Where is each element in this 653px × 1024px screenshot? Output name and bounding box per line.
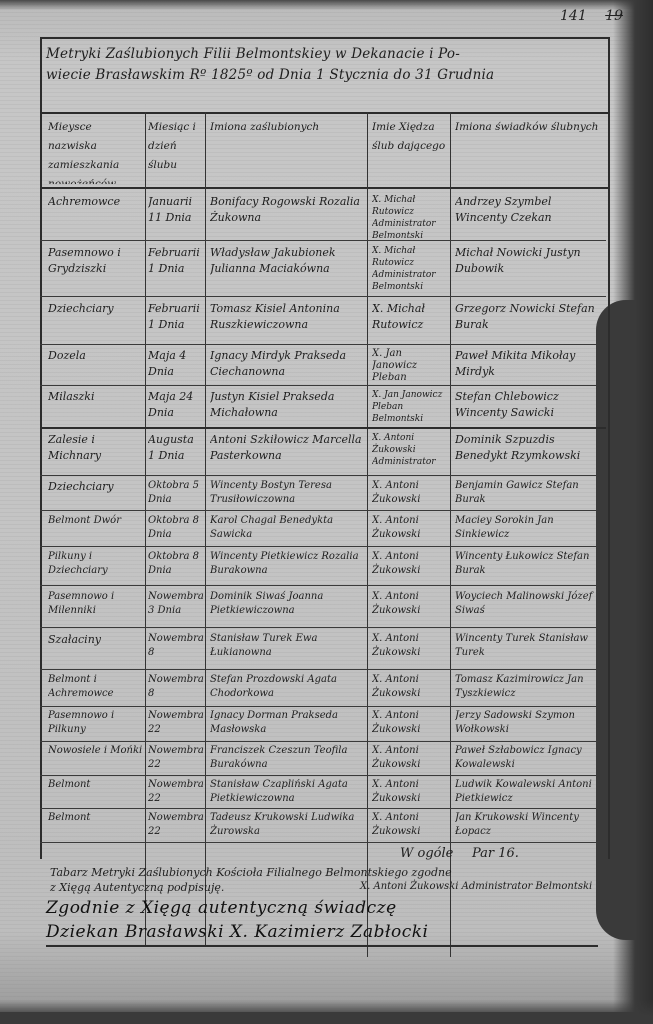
column-header-couple: Imiona zaślubionych (210, 118, 364, 184)
attestation-line-3: X. Antoni Żukowski Administrator Belmont… (360, 881, 600, 892)
row-couple: Antoni Szkiłowicz Marcella Pasterkowna (210, 432, 365, 472)
row-date: Oktobra 8 Dnia (148, 550, 204, 584)
row-couple: Justyn Kisiel Prakseda Michałowna (210, 389, 365, 425)
row-divider (40, 427, 606, 429)
scan-top-edge (0, 0, 653, 10)
row-place: Pasemnowo i Milenniki (48, 590, 143, 626)
row-couple: Dominik Siwaś Joanna Pietkiewiczowna (210, 590, 365, 626)
summary-label: W ogóle (400, 846, 453, 861)
folio-old: 19 (605, 8, 623, 24)
row-couple: Ignacy Mirdyk Prakseda Ciechanowna (210, 348, 365, 383)
row-place: Dziechciary (48, 479, 143, 509)
row-place: Szałaciny (48, 632, 143, 668)
row-divider (40, 741, 606, 742)
certification-line-1: Zgodnie z Xięgą autentyczną świadczę (46, 898, 397, 918)
row-date: Nowembra 22 (148, 709, 204, 740)
row-priest: X. Michał Rutowicz Administrator Belmont… (372, 245, 449, 293)
row-witnesses: Paweł Mikita Mikołay Mirdyk (455, 348, 600, 383)
row-date: Februarii 1 Dnia (148, 245, 204, 293)
row-priest: X. Antoni Żukowski (372, 673, 449, 705)
row-date: Oktobra 8 Dnia (148, 514, 204, 545)
row-divider (40, 585, 606, 586)
row-priest: X. Antoni Żukowski Administrator (372, 432, 449, 472)
row-divider (40, 296, 606, 297)
row-place: Belmont Dwór (48, 514, 143, 545)
row-divider (40, 808, 606, 809)
row-place: Dziechciary (48, 301, 143, 341)
row-divider (40, 627, 606, 628)
row-divider (40, 510, 606, 511)
column-header-date: Miesiąc i dzień ślubu (148, 118, 203, 184)
scan-right-border (613, 0, 653, 1024)
row-couple: Stanisław Czapliński Agata Pietkiewiczow… (210, 778, 365, 807)
row-place: Zalesie i Michnary (48, 432, 143, 472)
row-date: Augusta 1 Dnia (148, 432, 204, 472)
header-divider (40, 187, 608, 189)
scan-bottom-edge (0, 1000, 653, 1024)
title-line-1: Metryki Zaślubionych Filii Belmontskiey … (46, 44, 602, 65)
row-place: Achremowce (48, 194, 143, 238)
row-witnesses: Paweł Szłabowicz Ignacy Kowalewski (455, 744, 600, 774)
row-witnesses: Andrzey Szymbel Wincenty Czekan (455, 194, 600, 238)
row-divider (40, 706, 606, 707)
row-date: Nowembra 3 Dnia (148, 590, 204, 626)
row-couple: Władysław Jakubionek Julianna Maciakówna (210, 245, 365, 293)
row-place: Pasemnowo i Pilkuny (48, 709, 143, 740)
row-place: Nowosiele i Mońki (48, 744, 143, 774)
row-divider (40, 344, 606, 345)
row-witnesses: Grzegorz Nowicki Stefan Burak (455, 301, 600, 341)
row-divider (40, 669, 606, 670)
row-priest: X. Jan Janowicz Pleban Belmontski (372, 389, 449, 425)
row-couple: Karol Chagal Benedykta Sawicka (210, 514, 365, 545)
row-witnesses: Tomasz Kazimirowicz Jan Tyszkiewicz (455, 673, 600, 705)
row-date: Maja 4 Dnia (148, 348, 204, 383)
row-divider (40, 240, 606, 241)
row-witnesses: Wincenty Łukowicz Stefan Burak (455, 550, 600, 584)
row-priest: X. Jan Janowicz Pleban (372, 348, 449, 383)
column-header-priest: Imie Xiędza ślub dającego (372, 118, 448, 184)
row-divider (40, 842, 606, 843)
row-couple: Stanisław Turek Ewa Łukianowna (210, 632, 365, 668)
row-couple: Wincenty Pietkiewicz Rozalia Burakowna (210, 550, 365, 584)
row-couple: Franciszek Czeszun Teofila Burakówna (210, 744, 365, 774)
summary-value: Par 16. (472, 846, 519, 861)
row-date: Februarii 1 Dnia (148, 301, 204, 341)
attestation-line-2: z Xięgą Autentyczną podpisuję. (50, 881, 350, 894)
row-place: Pilkuny i Dziechciary (48, 550, 143, 584)
row-witnesses: Woyciech Malinowski Józef Siwaś (455, 590, 600, 626)
row-priest: X. Antoni Żukowski (372, 479, 449, 509)
row-couple: Bonifacy Rogowski Rozalia Żukowna (210, 194, 365, 238)
title-line-2: wiecie Brasławskim Rº 1825º od Dnia 1 St… (46, 65, 602, 86)
row-couple: Ignacy Dorman Prakseda Masłowska (210, 709, 365, 740)
row-date: Oktobra 5 Dnia (148, 479, 204, 509)
column-header-witnesses: Imiona świadków ślubnych (455, 118, 600, 184)
row-couple: Stefan Prozdowski Agata Chodorkowa (210, 673, 365, 705)
row-date: Januarii 11 Dnia (148, 194, 204, 238)
row-witnesses: Stefan Chlebowicz Wincenty Sawicki (455, 389, 600, 425)
row-witnesses: Wincenty Turek Stanisław Turek (455, 632, 600, 668)
row-place: Belmont (48, 778, 143, 807)
row-date: Maja 24 Dnia (148, 389, 204, 425)
row-place: Milaszki (48, 389, 143, 425)
row-priest: X. Antoni Żukowski (372, 632, 449, 668)
row-priest: X. Antoni Żukowski (372, 778, 449, 807)
attestation-line-1: Tabarz Metryki Zaślubionych Kościoła Fil… (50, 866, 600, 879)
row-couple: Wincenty Bostyn Teresa Trusiłowiczowna (210, 479, 365, 509)
row-couple: Tomasz Kisiel Antonina Ruszkiewiczowna (210, 301, 365, 341)
row-priest: X. Antoni Żukowski (372, 811, 449, 841)
folio-number: 141 19 (560, 8, 623, 24)
title-divider (40, 112, 608, 114)
row-witnesses: Dominik Szpuzdis Benedykt Rzymkowski (455, 432, 600, 472)
certification-signature: Dziekan Brasławski X. Kazimierz Zabłocki (46, 922, 429, 942)
column-divider (145, 112, 146, 945)
row-priest: X. Antoni Żukowski (372, 550, 449, 584)
column-divider (367, 112, 368, 957)
row-witnesses: Ludwik Kowalewski Antoni Pietkiewicz (455, 778, 600, 807)
row-place: Belmont (48, 811, 143, 841)
row-date: Nowembra 22 (148, 778, 204, 807)
row-divider (40, 475, 606, 476)
row-divider (40, 546, 606, 547)
folio-current: 141 (560, 8, 587, 24)
register-title: Metryki Zaślubionych Filii Belmontskiey … (46, 44, 602, 86)
row-priest: X. Michał Rutowicz (372, 301, 449, 341)
row-date: Nowembra 8 (148, 632, 204, 668)
column-divider (205, 112, 206, 945)
row-divider (40, 775, 606, 776)
row-date: Nowembra 22 (148, 744, 204, 774)
row-date: Nowembra 8 (148, 673, 204, 705)
row-priest: X. Antoni Żukowski (372, 590, 449, 626)
row-place: Dozela (48, 348, 143, 383)
row-witnesses: Jan Krukowski Wincenty Łopacz (455, 811, 600, 841)
register-frame-bottom (46, 945, 598, 947)
row-priest: X. Antoni Żukowski (372, 514, 449, 545)
row-divider (40, 385, 606, 386)
row-witnesses: Jerzy Sadowski Szymon Wołkowski (455, 709, 600, 740)
row-witnesses: Maciey Sorokin Jan Sinkiewicz (455, 514, 600, 545)
row-witnesses: Benjamin Gawicz Stefan Burak (455, 479, 600, 509)
row-place: Belmont i Achremowce (48, 673, 143, 705)
column-divider (450, 112, 451, 957)
row-witnesses: Michał Nowicki Justyn Dubowik (455, 245, 600, 293)
row-priest: X. Antoni Żukowski (372, 709, 449, 740)
row-date: Nowembra 22 (148, 811, 204, 841)
row-priest: X. Michał Rutowicz Administrator Belmont… (372, 194, 449, 238)
row-place: Pasemnowo i Grydziszki (48, 245, 143, 293)
column-header-place: Mieysce nazwiska zamieszkania nowożeńców (48, 118, 142, 184)
row-priest: X. Antoni Żukowski (372, 744, 449, 774)
row-couple: Tadeusz Krukowski Ludwika Żurowska (210, 811, 365, 841)
